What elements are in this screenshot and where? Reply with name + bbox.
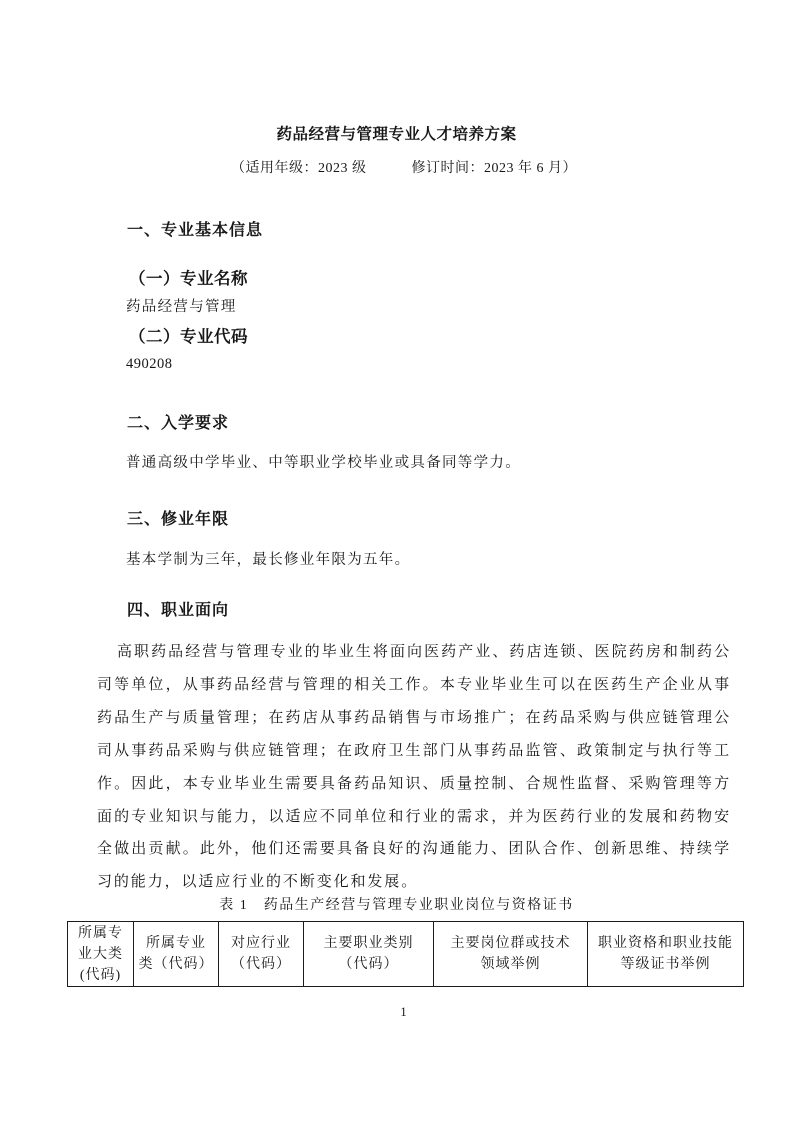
major-code-value: 490208 [126, 356, 173, 373]
study-duration-text: 基本学制为三年，最长修业年限为五年。 [126, 548, 410, 569]
header-cell-major-category: 所属专 业大类 (代码) [68, 922, 134, 987]
page-number: 1 [14, 1005, 793, 1020]
header-cell-certificates: 职业资格和职业技能 等级证书举例 [588, 922, 744, 987]
section-heading-basic-info: 一、专业基本信息 [127, 217, 263, 240]
header-cell-occupation-type: 主要职业类别 （代码） [304, 922, 434, 987]
document-title: 药品经营与管理专业人才培养方案 [0, 122, 793, 144]
header-cell-major-class: 所属专业 类（代码） [134, 922, 219, 987]
subtitle-revision: 修订时间：2023 年 6 月） [412, 157, 578, 177]
career-orientation-paragraph: 高职药品经营与管理专业的毕业生将面向医药产业、药店连锁、医院药房和制药公司等单位… [97, 636, 731, 899]
header-cell-post-group: 主要岗位群或技术 领域举例 [434, 922, 588, 987]
document-subtitle: （适用年级：2023 级 修订时间：2023 年 6 月） [231, 157, 577, 177]
subtitle-grade: （适用年级：2023 级 [231, 157, 367, 177]
subsection-heading-major-name: （一）专业名称 [129, 265, 248, 289]
major-name-value: 药品经营与管理 [126, 295, 237, 316]
enrollment-requirement-text: 普通高级中学毕业、中等职业学校毕业或具备同等学力。 [126, 451, 521, 472]
table-caption: 表 1 药品生产经营与管理专业职业岗位与资格证书 [0, 894, 793, 914]
section-heading-career-orientation: 四、职业面向 [127, 597, 229, 620]
jobs-and-certificates-table: 所属专 业大类 (代码) 所属专业 类（代码） 对应行业 （代码） 主要职业类别… [67, 921, 744, 987]
table-header-row: 所属专 业大类 (代码) 所属专业 类（代码） 对应行业 （代码） 主要职业类别… [68, 922, 744, 987]
subsection-heading-major-code: （二）专业代码 [129, 323, 248, 347]
section-heading-study-duration: 三、修业年限 [127, 506, 229, 529]
section-heading-enrollment: 二、入学要求 [127, 410, 229, 433]
document-page: 药品经营与管理专业人才培养方案 （适用年级：2023 级 修订时间：2023 年… [0, 0, 793, 1122]
header-cell-industry: 对应行业 （代码） [219, 922, 304, 987]
